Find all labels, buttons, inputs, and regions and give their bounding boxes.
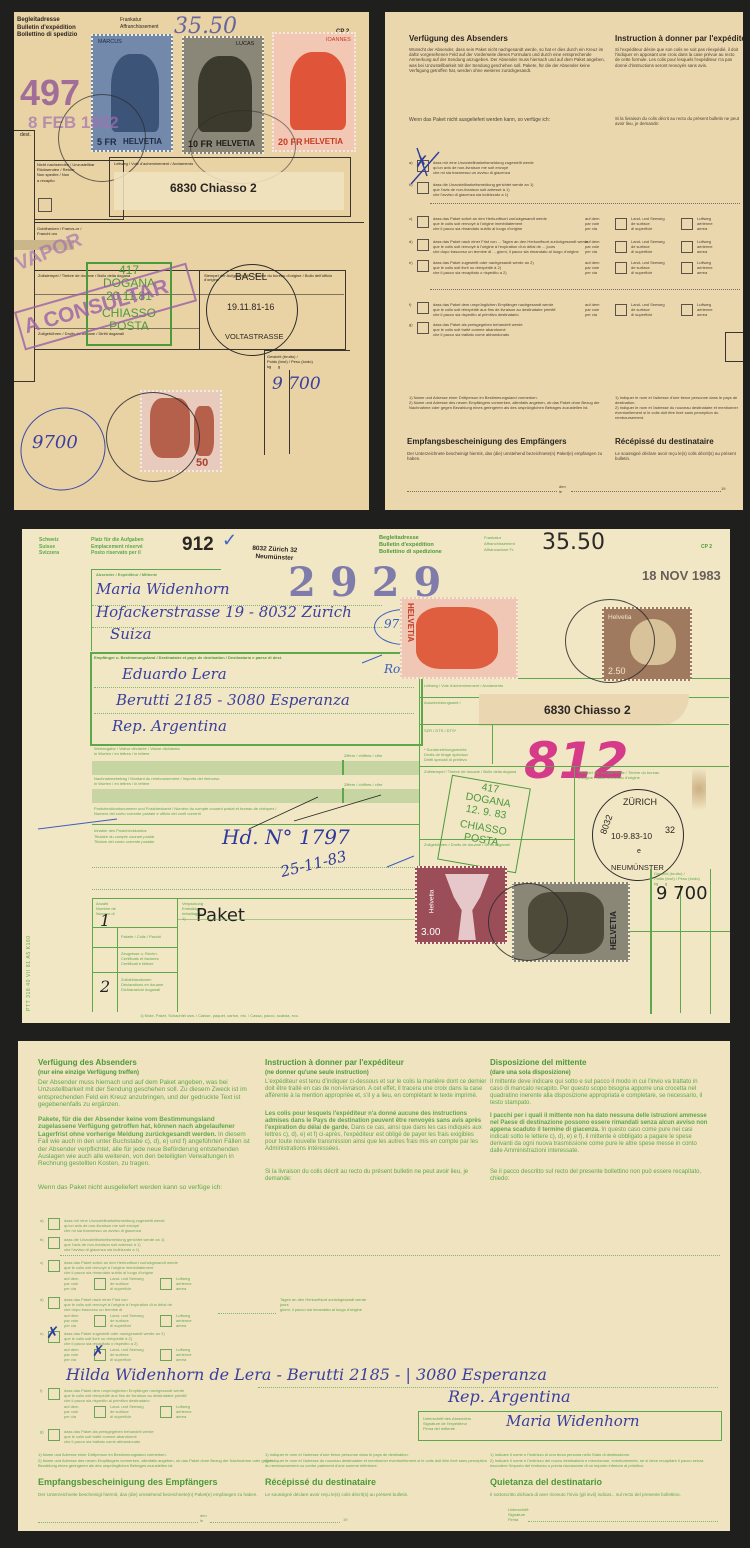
de-paragraph-2: Pakete, für die der Absender keine vom B… — [38, 1116, 253, 1168]
postmark-basel-3 — [106, 392, 200, 482]
routing-value[interactable]: 6830 Chiasso 2 — [170, 182, 257, 195]
divider — [92, 947, 178, 948]
it-title: Disposizione del mittente — [490, 1059, 586, 1067]
de-footnote: 1) Name und Adresse einer Drittperson im… — [409, 395, 605, 410]
sign-labels: Unterschrift Signature Firma — [508, 1507, 528, 1522]
it-subtitle: (dare una sola disposizione) — [490, 1070, 571, 1076]
surface-checkbox[interactable] — [615, 304, 627, 316]
it-paragraph-1: Il mittente deve indicare qui sotto e su… — [490, 1079, 710, 1107]
de-closing: Wenn das Paket nicht ausgeliefert werden… — [409, 118, 550, 123]
air-label: Luftwegaérienneaerea — [697, 260, 713, 275]
signature-label: Unterschrift des Absenders Signature de … — [423, 1416, 471, 1431]
year-label: 19 — [343, 1518, 347, 1522]
surface-label: Land- und Seewegde surfacedi superficie — [631, 239, 665, 254]
date-label: den le — [559, 484, 566, 494]
receipt-date-line[interactable] — [210, 1522, 340, 1523]
option-key: c) — [40, 1261, 43, 1265]
de-receipt-title: Empfangsbescheinigung des Empfängers — [38, 1478, 218, 1487]
divider — [177, 898, 178, 1012]
postmark-zurich-1 — [565, 599, 655, 683]
surface-checkbox[interactable] — [94, 1406, 106, 1418]
de-receipt-text: Der Unterzeichnete bescheinigt hiermit, … — [38, 1492, 268, 1497]
air-checkbox[interactable] — [160, 1278, 172, 1290]
option-checkbox[interactable] — [48, 1388, 60, 1400]
divider — [92, 972, 178, 973]
card1-back: Verfügung des Absenders Instruction à do… — [385, 12, 743, 510]
separator — [60, 1255, 720, 1256]
fr-paragraph-1: L'expéditeur est tenu d'indiquer ci-dess… — [265, 1079, 487, 1100]
route-label: auf dempar voieper via — [64, 1313, 78, 1328]
option-e: e)✗dass das Paket zugestellt oder nachge… — [40, 1331, 260, 1357]
franking-label: Frankatur Affranchissement — [120, 17, 159, 31]
weight-value: 9 700 — [272, 376, 321, 394]
receipt-place-line[interactable] — [38, 1522, 198, 1523]
divider — [177, 919, 419, 920]
it-receipt-text: Il sottoscritto dichiara di aver ricevut… — [490, 1492, 710, 1497]
separator — [430, 203, 740, 204]
option-c: c)dass das Paket sofort an den Herkunfts… — [40, 1260, 260, 1286]
option-key: c) — [409, 217, 412, 221]
surface-checkbox[interactable] — [94, 1278, 106, 1290]
option-text: dass das Paket dem ursprünglichen Empfän… — [433, 302, 556, 317]
de-intro: Wünscht der Absender, dass sein Paket ni… — [409, 47, 605, 73]
option-text: dass das Paket als preisgegeben behandel… — [64, 1429, 154, 1444]
fr-footnote: 1) Indiquer le nom et l'adresse d'une ti… — [615, 395, 740, 420]
stain — [692, 759, 706, 819]
option-text: dass das Paket zugestellt oder nachgesan… — [64, 1331, 165, 1346]
de-title: Verfügung des Absenders — [409, 35, 508, 43]
option-f: f)dass das Paket dem ursprünglichen Empf… — [40, 1388, 260, 1414]
de-paragraph-1: Der Absender muss hiernach und auf dem P… — [38, 1079, 253, 1109]
surface-label: Land- und Seewegde surfacedi superficie — [110, 1347, 144, 1362]
de-receipt-title: Empfangsbescheinigung des Empfängers — [407, 438, 567, 446]
option-key: e) — [409, 261, 413, 265]
nondelivery-label: Nicht nachsenden / Unzustellbar Rücksend… — [37, 162, 95, 183]
fr-paragraph-2: Les colis pour lesquels l'expéditeur n'a… — [265, 1111, 487, 1153]
date-label: den le — [200, 1513, 207, 1523]
it-footnote: 1) Indicare il nome e l'indirizzo di una… — [490, 1452, 715, 1469]
surface-label: Land- und Seewegde surfacedi superficie — [110, 1276, 144, 1291]
option-checkbox[interactable] — [417, 239, 429, 251]
print-code: PTT 318.40 VII 81 A5 K160 — [27, 935, 32, 1011]
signature-line[interactable] — [528, 1521, 718, 1522]
surface-label: Land- und Seewegde surfacedi superficie — [631, 260, 665, 275]
air-label: Luftwegaérienneaerea — [697, 216, 713, 231]
air-checkbox[interactable] — [160, 1349, 172, 1361]
receipt-date-line[interactable] — [571, 491, 721, 492]
option-key: d) — [409, 240, 413, 244]
it-paragraph-2: I pacchi per i quali il mittente non ha … — [490, 1113, 710, 1155]
route-label: auf dempar voieper via — [585, 216, 599, 231]
surface-label: Land- und Seewegde surfacedi superficie — [110, 1404, 144, 1419]
divider — [650, 869, 652, 1014]
option-text: dass das Paket sofort an den Herkunftsor… — [64, 1260, 178, 1275]
option-checkbox[interactable] — [48, 1237, 60, 1249]
surface-checked-x-icon: ✗ — [92, 1344, 105, 1360]
surface-label: Land- und Seewegde surfacedi superficie — [631, 302, 665, 317]
option-key: a) — [40, 1219, 44, 1223]
air-checkbox[interactable] — [681, 262, 693, 274]
option-key: g) — [40, 1430, 44, 1434]
fr-intro: Si l'expéditeur désire que son colis ne … — [615, 47, 739, 68]
decl-label: Zolldeklarationen Déclarations en douane… — [121, 977, 163, 992]
divider — [34, 222, 364, 223]
days-field[interactable] — [218, 1313, 276, 1314]
air-label: Luftwegaérienneaerea — [176, 1404, 192, 1419]
packing-footnote: 1) Kiste, Paket, Schachtel usw. / Caisse… — [140, 1014, 299, 1018]
evangelist-figure — [290, 52, 346, 130]
de-footnote: 1) Name und Adresse einer Drittperson im… — [38, 1452, 273, 1469]
postmark-zurich-3 — [488, 883, 568, 961]
option-checkbox[interactable] — [48, 1260, 60, 1272]
card2-back: Verfügung des Absenders (nur eine einzig… — [18, 1041, 730, 1531]
option-text: dass das Paket sofort an den Herkunftsor… — [433, 216, 547, 231]
divider — [710, 869, 711, 1014]
card1-header: Begleitadresse Bulletin d'expédition Bol… — [17, 17, 77, 40]
option-key: g) — [409, 323, 413, 327]
it-paragraph-3: Se il pacco descritto sul recto del pres… — [490, 1169, 710, 1183]
air-checkbox[interactable] — [681, 304, 693, 316]
decl-value[interactable]: 2 — [100, 979, 110, 996]
option-checkbox[interactable] — [48, 1297, 60, 1309]
postmark-basel-voltastrasse: BASEL 19.11.81-16 VOLTASTRASSE — [206, 264, 298, 356]
option-key: e) — [40, 1332, 44, 1336]
signature-value: Maria Widenhorn — [506, 1414, 640, 1430]
route-label: auf dempar voieper via — [64, 1347, 78, 1362]
divider — [92, 898, 93, 1012]
divider — [199, 270, 200, 350]
air-label: Luftwegaérienneaerea — [176, 1347, 192, 1362]
option-text: dass die Unzustellbarkeitsmeldung gerich… — [64, 1237, 165, 1252]
air-label: Luftwegaérienneaerea — [697, 239, 713, 254]
year-label: 19 — [721, 487, 725, 491]
route-label: auf dempar voieper via — [585, 260, 599, 275]
surface-checkbox[interactable] — [615, 262, 627, 274]
option-checkbox[interactable] — [417, 216, 429, 228]
option-text: dass die Unzustellbarkeitsmeldung gerich… — [433, 182, 534, 197]
option-checkbox[interactable] — [417, 302, 429, 314]
route-label: auf dempar voieper via — [585, 302, 599, 317]
card2-front: Schweiz Suisse Svizzera Platz für die Au… — [22, 529, 730, 1023]
option-text: dass das Paket zugestellt oder nachgesan… — [433, 260, 534, 275]
fr-receipt-title: Récépissé du destinataire — [265, 1478, 376, 1487]
air-checkbox[interactable] — [160, 1315, 172, 1327]
option-text: dass das Paket dem ursprünglichen Empfän… — [64, 1388, 187, 1403]
option-key: f) — [409, 303, 411, 307]
packing-value[interactable]: Paket — [196, 907, 245, 926]
route-label: auf dempar voieper via — [585, 239, 599, 254]
option-key: f) — [40, 1389, 42, 1393]
option-text: dass mir eine Unzustellbarkeitsmeldung z… — [64, 1218, 165, 1233]
route-label: auf dempar voieper via — [64, 1404, 78, 1419]
fr-title: Instruction à donner par l'expéditeur — [265, 1059, 404, 1067]
option-text: dass das Paket nach einer Frist vonque l… — [64, 1297, 172, 1312]
weight-label: Gewicht (brutto) / Poids (brut) / Peso (… — [267, 354, 313, 369]
option-key: d) — [40, 1298, 44, 1302]
signature-box — [725, 332, 743, 362]
routing-label: Leitweg / Voie d'acheminement / Avviamen… — [114, 162, 193, 166]
card1-front: Begleitadresse Bulletin d'expédition Bol… — [14, 12, 369, 510]
option-checkbox[interactable] — [48, 1429, 60, 1441]
air-checkbox[interactable] — [681, 241, 693, 253]
separator — [430, 289, 740, 290]
route-label: auf dempar voieper via — [64, 1276, 78, 1291]
option-checkbox[interactable] — [417, 260, 429, 272]
handwritten-address-1: Hilda Widenhorn de Lera - Berutti 2185 -… — [66, 1367, 547, 1384]
font-figure — [445, 874, 489, 940]
dest-label: dest. — [20, 133, 31, 138]
option-d: d)dass das Paket nach einer Frist vonque… — [40, 1297, 260, 1323]
option-b: b)dass die Unzustellbarkeitsmeldung geri… — [409, 182, 739, 208]
de-title: Verfügung des Absenders — [38, 1059, 137, 1067]
air-checkbox[interactable] — [681, 218, 693, 230]
surface-label: Land- und Seewegde surfacedi superficie — [110, 1313, 144, 1328]
fr-title: Instruction à donner par l'expéditeur — [615, 35, 743, 43]
stamp-ioannes: HELVETIA — [400, 597, 518, 679]
handwritten-address-2: Rep. Argentina — [448, 1389, 571, 1406]
weight-value[interactable]: 9 700 — [656, 885, 708, 904]
nondelivery-checkbox[interactable] — [38, 198, 52, 212]
weight-circle-text: 9700 — [32, 434, 78, 453]
packages-label: Pakete / Colis / Pacchi — [121, 935, 161, 939]
handwritten-franking: 35.50 — [174, 15, 237, 38]
surface-checkbox[interactable] — [615, 218, 627, 230]
handwritten-x — [409, 146, 445, 186]
checked-x-icon: ✗ — [46, 1326, 59, 1343]
fr-receipt-title: Récépissé du destinataire — [615, 438, 714, 446]
count-value[interactable]: 1 — [100, 913, 110, 930]
surface-label: Land- und Seewegde surfacedi superficie — [631, 216, 665, 231]
it-receipt-title: Quietanza del destinatario — [490, 1478, 602, 1487]
fr-closing: Si la livraison du colis décrit au recto… — [615, 116, 739, 126]
certs-label: Zeugnisse u. Rechn. Certificats et factu… — [121, 951, 159, 966]
line — [258, 1387, 718, 1388]
surface-checkbox[interactable] — [94, 1315, 106, 1327]
fr-footnote: 1) Indiquer le nom et l'adresse d'une ti… — [265, 1452, 490, 1469]
air-label: Luftwegaérienneaerea — [176, 1313, 192, 1328]
de-paragraph-3: Wenn das Paket nicht ausgeliefert werden… — [38, 1184, 253, 1191]
receipt-place-line[interactable] — [407, 491, 557, 492]
evangelist-figure — [416, 607, 498, 669]
fr-subtitle: (ne donner qu'une seule instruction) — [265, 1070, 369, 1076]
air-label: Luftwegaérienneaerea — [697, 302, 713, 317]
option-text: dass das Paket nach einer Frist von ... … — [433, 239, 588, 254]
fr-paragraph-3: Si la livraison du colis décrit au recto… — [265, 1169, 487, 1183]
option-text: dass mir eine Unzustellbarkeitsmeldung z… — [433, 160, 534, 175]
divider — [117, 927, 118, 1012]
fr-receipt-text: Le soussigné déclare avoir reçu le(s) co… — [615, 451, 740, 461]
option-g: g)dass das Paket als preisgegeben behand… — [409, 322, 739, 348]
option-e: e)dass das Paket zugestellt oder nachges… — [409, 260, 739, 286]
air-label: Luftwegaérienneaerea — [176, 1276, 192, 1291]
divider — [92, 898, 419, 899]
option-d-extra: Tagen an den Herkunftsort zurückgesandt … — [280, 1297, 366, 1312]
fr-receipt-text: Le soussigné déclare avoir reçu le(s) co… — [265, 1492, 485, 1497]
surface-checkbox[interactable] — [615, 241, 627, 253]
de-subtitle: (nur eine einzige Verfügung treffen) — [38, 1070, 139, 1076]
option-checkbox[interactable] — [48, 1218, 60, 1230]
option-text: dass das Paket als preisgegeben behandel… — [433, 322, 523, 337]
de-receipt-text: Der Unterzeichnete bescheinigt hiermit, … — [407, 451, 607, 461]
option-checkbox[interactable] — [417, 322, 429, 334]
divider — [680, 885, 681, 1013]
air-checkbox[interactable] — [160, 1406, 172, 1418]
option-key: b) — [40, 1238, 44, 1242]
